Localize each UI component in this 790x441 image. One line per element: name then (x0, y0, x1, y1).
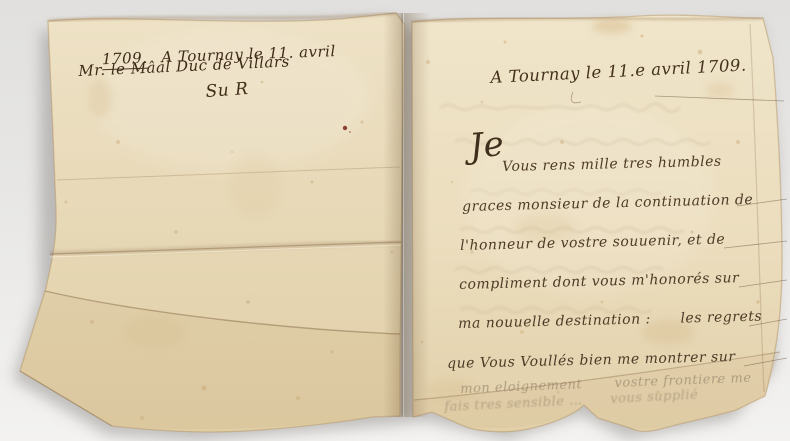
left-page (20, 13, 404, 432)
center-fold (383, 13, 430, 417)
right-page (412, 15, 782, 432)
letter-photograph: 1709.A Tournay le 11. avril Mr. le Mâal … (0, 0, 790, 441)
paper-sheet (0, 0, 790, 441)
